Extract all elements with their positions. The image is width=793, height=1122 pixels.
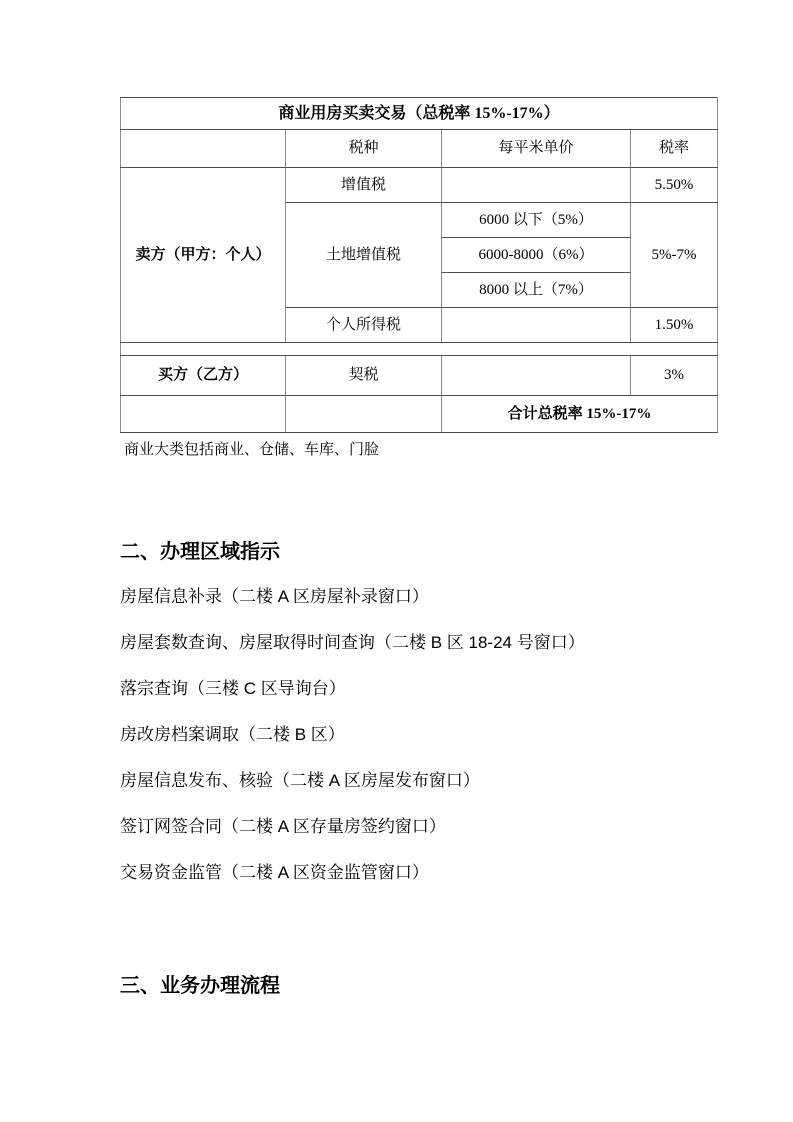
vat-rate-cell: 5.50%: [631, 168, 718, 203]
section-2-heading: 二、办理区域指示: [120, 541, 717, 563]
area-item: 落宗查询（三楼 C 区导询台）: [120, 677, 717, 701]
income-tax-rate-cell: 1.50%: [631, 308, 718, 343]
area-item: 签订网签合同（二楼 A 区存量房签约窗口）: [120, 815, 717, 839]
land-vat-tier-1-cell: 6000 以下（5%）: [442, 203, 631, 238]
area-item: 房屋信息发布、核验（二楼 A 区房屋发布窗口）: [120, 769, 717, 793]
header-unit-price: 每平米单价: [442, 130, 631, 168]
income-tax-name-cell: 个人所得税: [286, 308, 442, 343]
seller-party-cell: 卖方（甲方：个人）: [121, 168, 286, 343]
land-vat-rate-cell: 5%-7%: [631, 203, 718, 308]
header-rate: 税率: [631, 130, 718, 168]
area-item: 交易资金监管（二楼 A 区资金监管窗口）: [120, 861, 717, 885]
area-item: 房屋套数查询、房屋取得时间查询（二楼 B 区 18-24 号窗口）: [120, 631, 717, 655]
area-item: 房改房档案调取（二楼 B 区）: [120, 723, 717, 747]
vat-name-cell: 增值税: [286, 168, 442, 203]
deed-tax-rate-cell: 3%: [631, 356, 718, 396]
total-rate-cell: 合计总税率 15%-17%: [442, 396, 718, 433]
land-vat-tier-3-cell: 8000 以上（7%）: [442, 273, 631, 308]
table-footnote: 商业大类包括商业、仓储、车库、门脸: [124, 441, 717, 459]
commercial-housing-tax-table: 商业用房买卖交易（总税率 15%-17%） 税种 每平米单价 税率 卖方（甲方：…: [120, 97, 718, 433]
total-empty-cell-2: [286, 396, 442, 433]
vat-unit-price-cell: [442, 168, 631, 203]
table-spacer-row: [121, 343, 718, 356]
section-3-heading: 三、业务办理流程: [120, 975, 717, 997]
income-tax-unit-price-cell: [442, 308, 631, 343]
land-vat-name-cell: 土地增值税: [286, 203, 442, 308]
deed-tax-unit-price-cell: [442, 356, 631, 396]
document-page: 商业用房买卖交易（总税率 15%-17%） 税种 每平米单价 税率 卖方（甲方：…: [0, 0, 793, 1122]
land-vat-tier-2-cell: 6000-8000（6%）: [442, 238, 631, 273]
total-empty-cell-1: [121, 396, 286, 433]
header-party-cell: [121, 130, 286, 168]
table-title: 商业用房买卖交易（总税率 15%-17%）: [121, 98, 718, 130]
area-item: 房屋信息补录（二楼 A 区房屋补录窗口）: [120, 585, 717, 609]
buyer-party-cell: 买方（乙方）: [121, 356, 286, 396]
header-tax-type: 税种: [286, 130, 442, 168]
deed-tax-name-cell: 契税: [286, 356, 442, 396]
